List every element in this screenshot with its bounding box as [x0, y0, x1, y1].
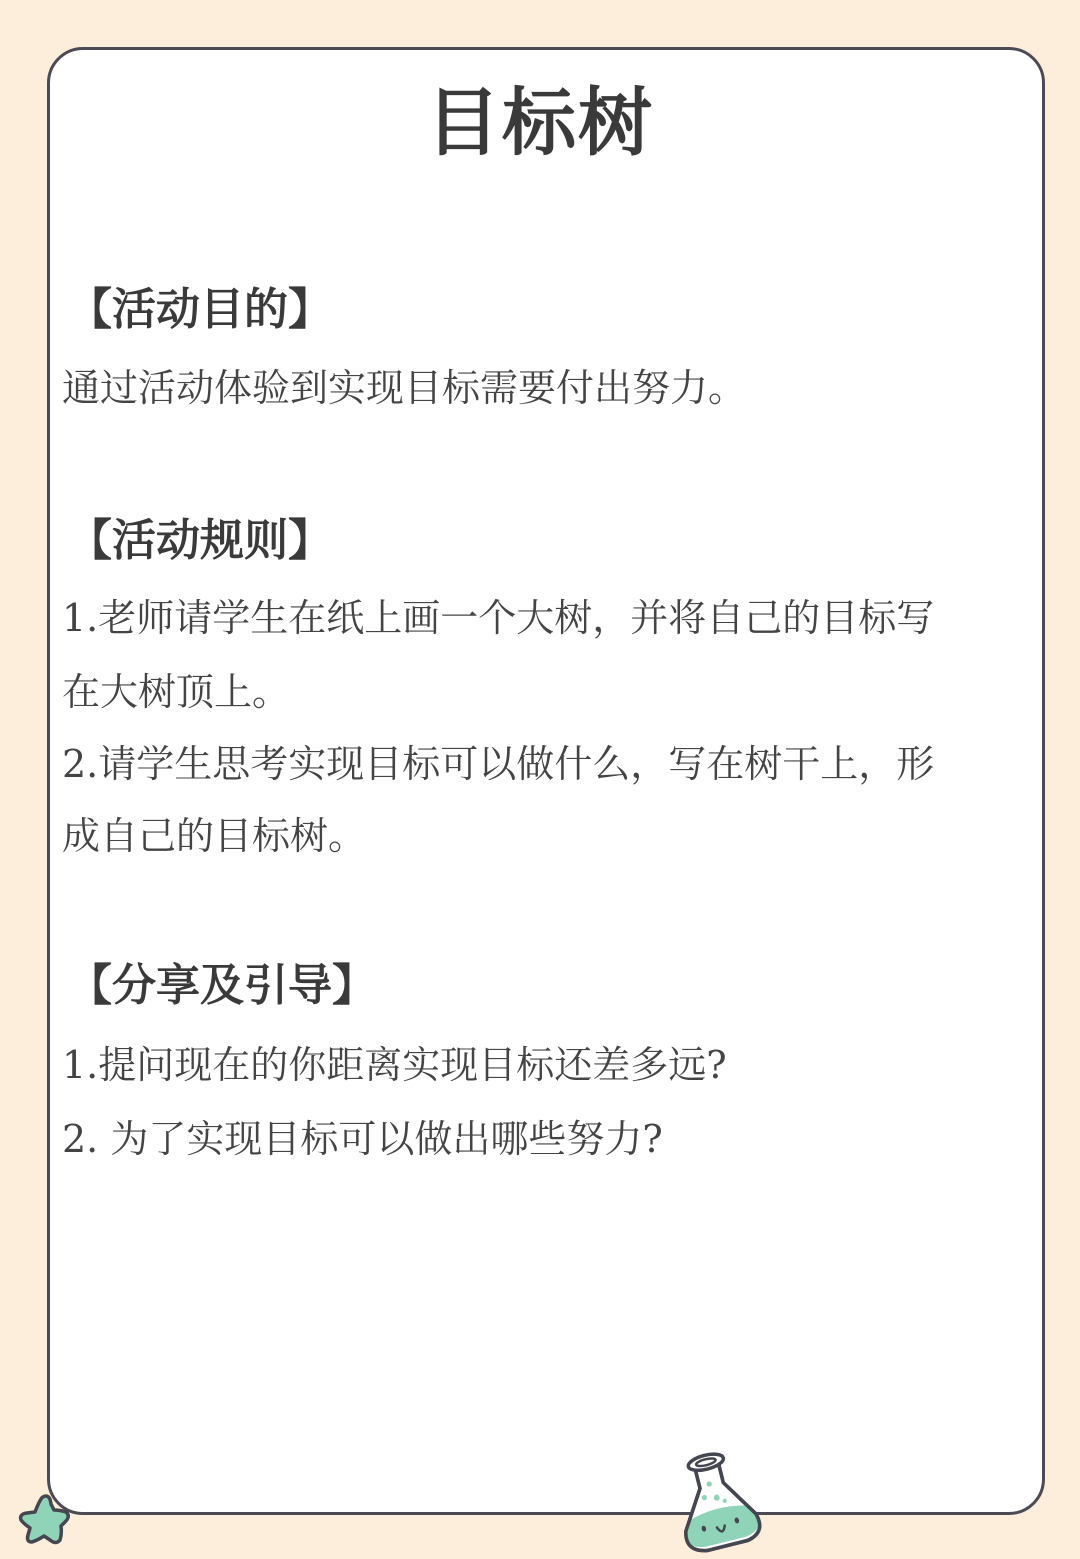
page-title: 目标树 [0, 78, 1080, 168]
rules-line-4: 成自己的目标树。 [62, 812, 366, 860]
purpose-text: 通过活动体验到实现目标需要付出努力。 [62, 364, 746, 412]
section-heading-purpose: 【活动目的】 [68, 282, 332, 338]
rules-line-2: 在大树顶上。 [62, 668, 290, 716]
sharing-line-1: 1.提问现在的你距离实现目标还差多远? [62, 1041, 727, 1089]
section-heading-rules: 【活动规则】 [68, 513, 332, 569]
rules-line-1: 1.老师请学生在纸上画一个大树，并将自己的目标写 [62, 594, 934, 642]
flask-icon [668, 1443, 764, 1555]
section-heading-sharing: 【分享及引导】 [68, 958, 376, 1014]
star-icon [16, 1492, 74, 1548]
rules-line-3: 2.请学生思考实现目标可以做什么，写在树干上，形 [62, 740, 934, 788]
sharing-line-2: 2. 为了实现目标可以做出哪些努力? [62, 1115, 663, 1163]
